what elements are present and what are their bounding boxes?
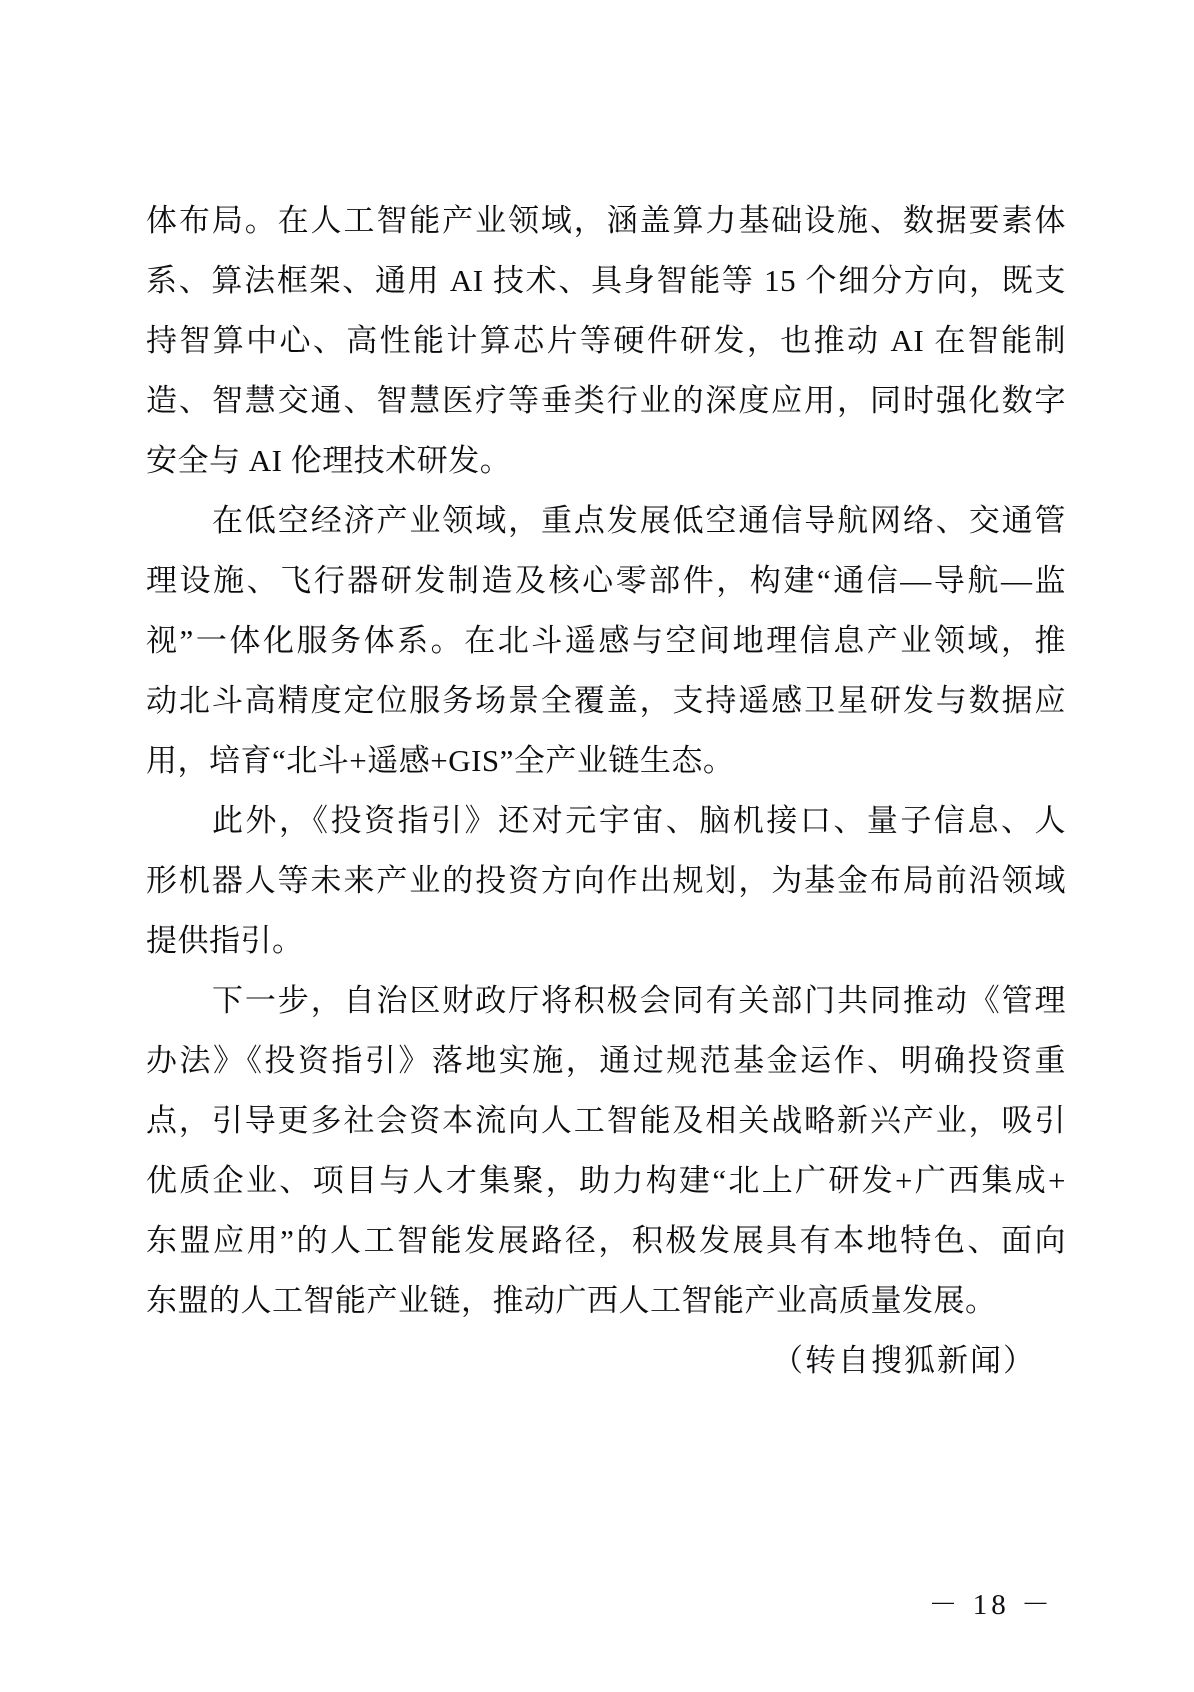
document-body: 体布局。在人工智能产业领域，涵盖算力基础设施、数据要素体系、算法框架、通用 AI… <box>146 191 1066 1391</box>
page-number: － 18 － <box>928 1582 1054 1623</box>
text-line: 点，引导更多社会资本流向人工智能及相关战略新兴产业，吸引 <box>146 1091 1066 1151</box>
text-line: 此外，《投资指引》还对元宇宙、脑机接口、量子信息、人 <box>146 791 1066 851</box>
text-line: 在低空经济产业领域，重点发展低空通信导航网络、交通管 <box>146 491 1066 551</box>
text-line: 东盟的人工智能产业链，推动广西人工智能产业高质量发展。 <box>146 1271 1066 1331</box>
attribution-line: （转自搜狐新闻） <box>146 1331 1066 1391</box>
text-line: 下一步，自治区财政厅将积极会同有关部门共同推动《管理 <box>146 971 1066 1031</box>
text-line: 视”一体化服务体系。在北斗遥感与空间地理信息产业领域，推 <box>146 611 1066 671</box>
text-line: 理设施、飞行器研发制造及核心零部件，构建“通信—导航—监 <box>146 551 1066 611</box>
text-line: 形机器人等未来产业的投资方向作出规划，为基金布局前沿领域 <box>146 851 1066 911</box>
text-line: 造、智慧交通、智慧医疗等垂类行业的深度应用，同时强化数字 <box>146 371 1066 431</box>
text-line: 安全与 AI 伦理技术研发。 <box>146 431 1066 491</box>
text-line: 系、算法框架、通用 AI 技术、具身智能等 15 个细分方向，既支 <box>146 251 1066 311</box>
paragraph-block: 体布局。在人工智能产业领域，涵盖算力基础设施、数据要素体系、算法框架、通用 AI… <box>146 191 1066 1331</box>
text-line: 东盟应用”的人工智能发展路径，积极发展具有本地特色、面向 <box>146 1211 1066 1271</box>
document-page: 体布局。在人工智能产业领域，涵盖算力基础设施、数据要素体系、算法框架、通用 AI… <box>0 0 1194 1692</box>
text-line: 持智算中心、高性能计算芯片等硬件研发，也推动 AI 在智能制 <box>146 311 1066 371</box>
text-line: 用，培育“北斗+遥感+GIS”全产业链生态。 <box>146 731 1066 791</box>
text-line: 体布局。在人工智能产业领域，涵盖算力基础设施、数据要素体 <box>146 191 1066 251</box>
text-line: 办法》《投资指引》落地实施，通过规范基金运作、明确投资重 <box>146 1031 1066 1091</box>
text-line: 动北斗高精度定位服务场景全覆盖，支持遥感卫星研发与数据应 <box>146 671 1066 731</box>
text-line: 提供指引。 <box>146 911 1066 971</box>
text-line: 优质企业、项目与人才集聚，助力构建“北上广研发+广西集成+ <box>146 1151 1066 1211</box>
attribution-text: （转自搜狐新闻） <box>772 1343 1036 1378</box>
